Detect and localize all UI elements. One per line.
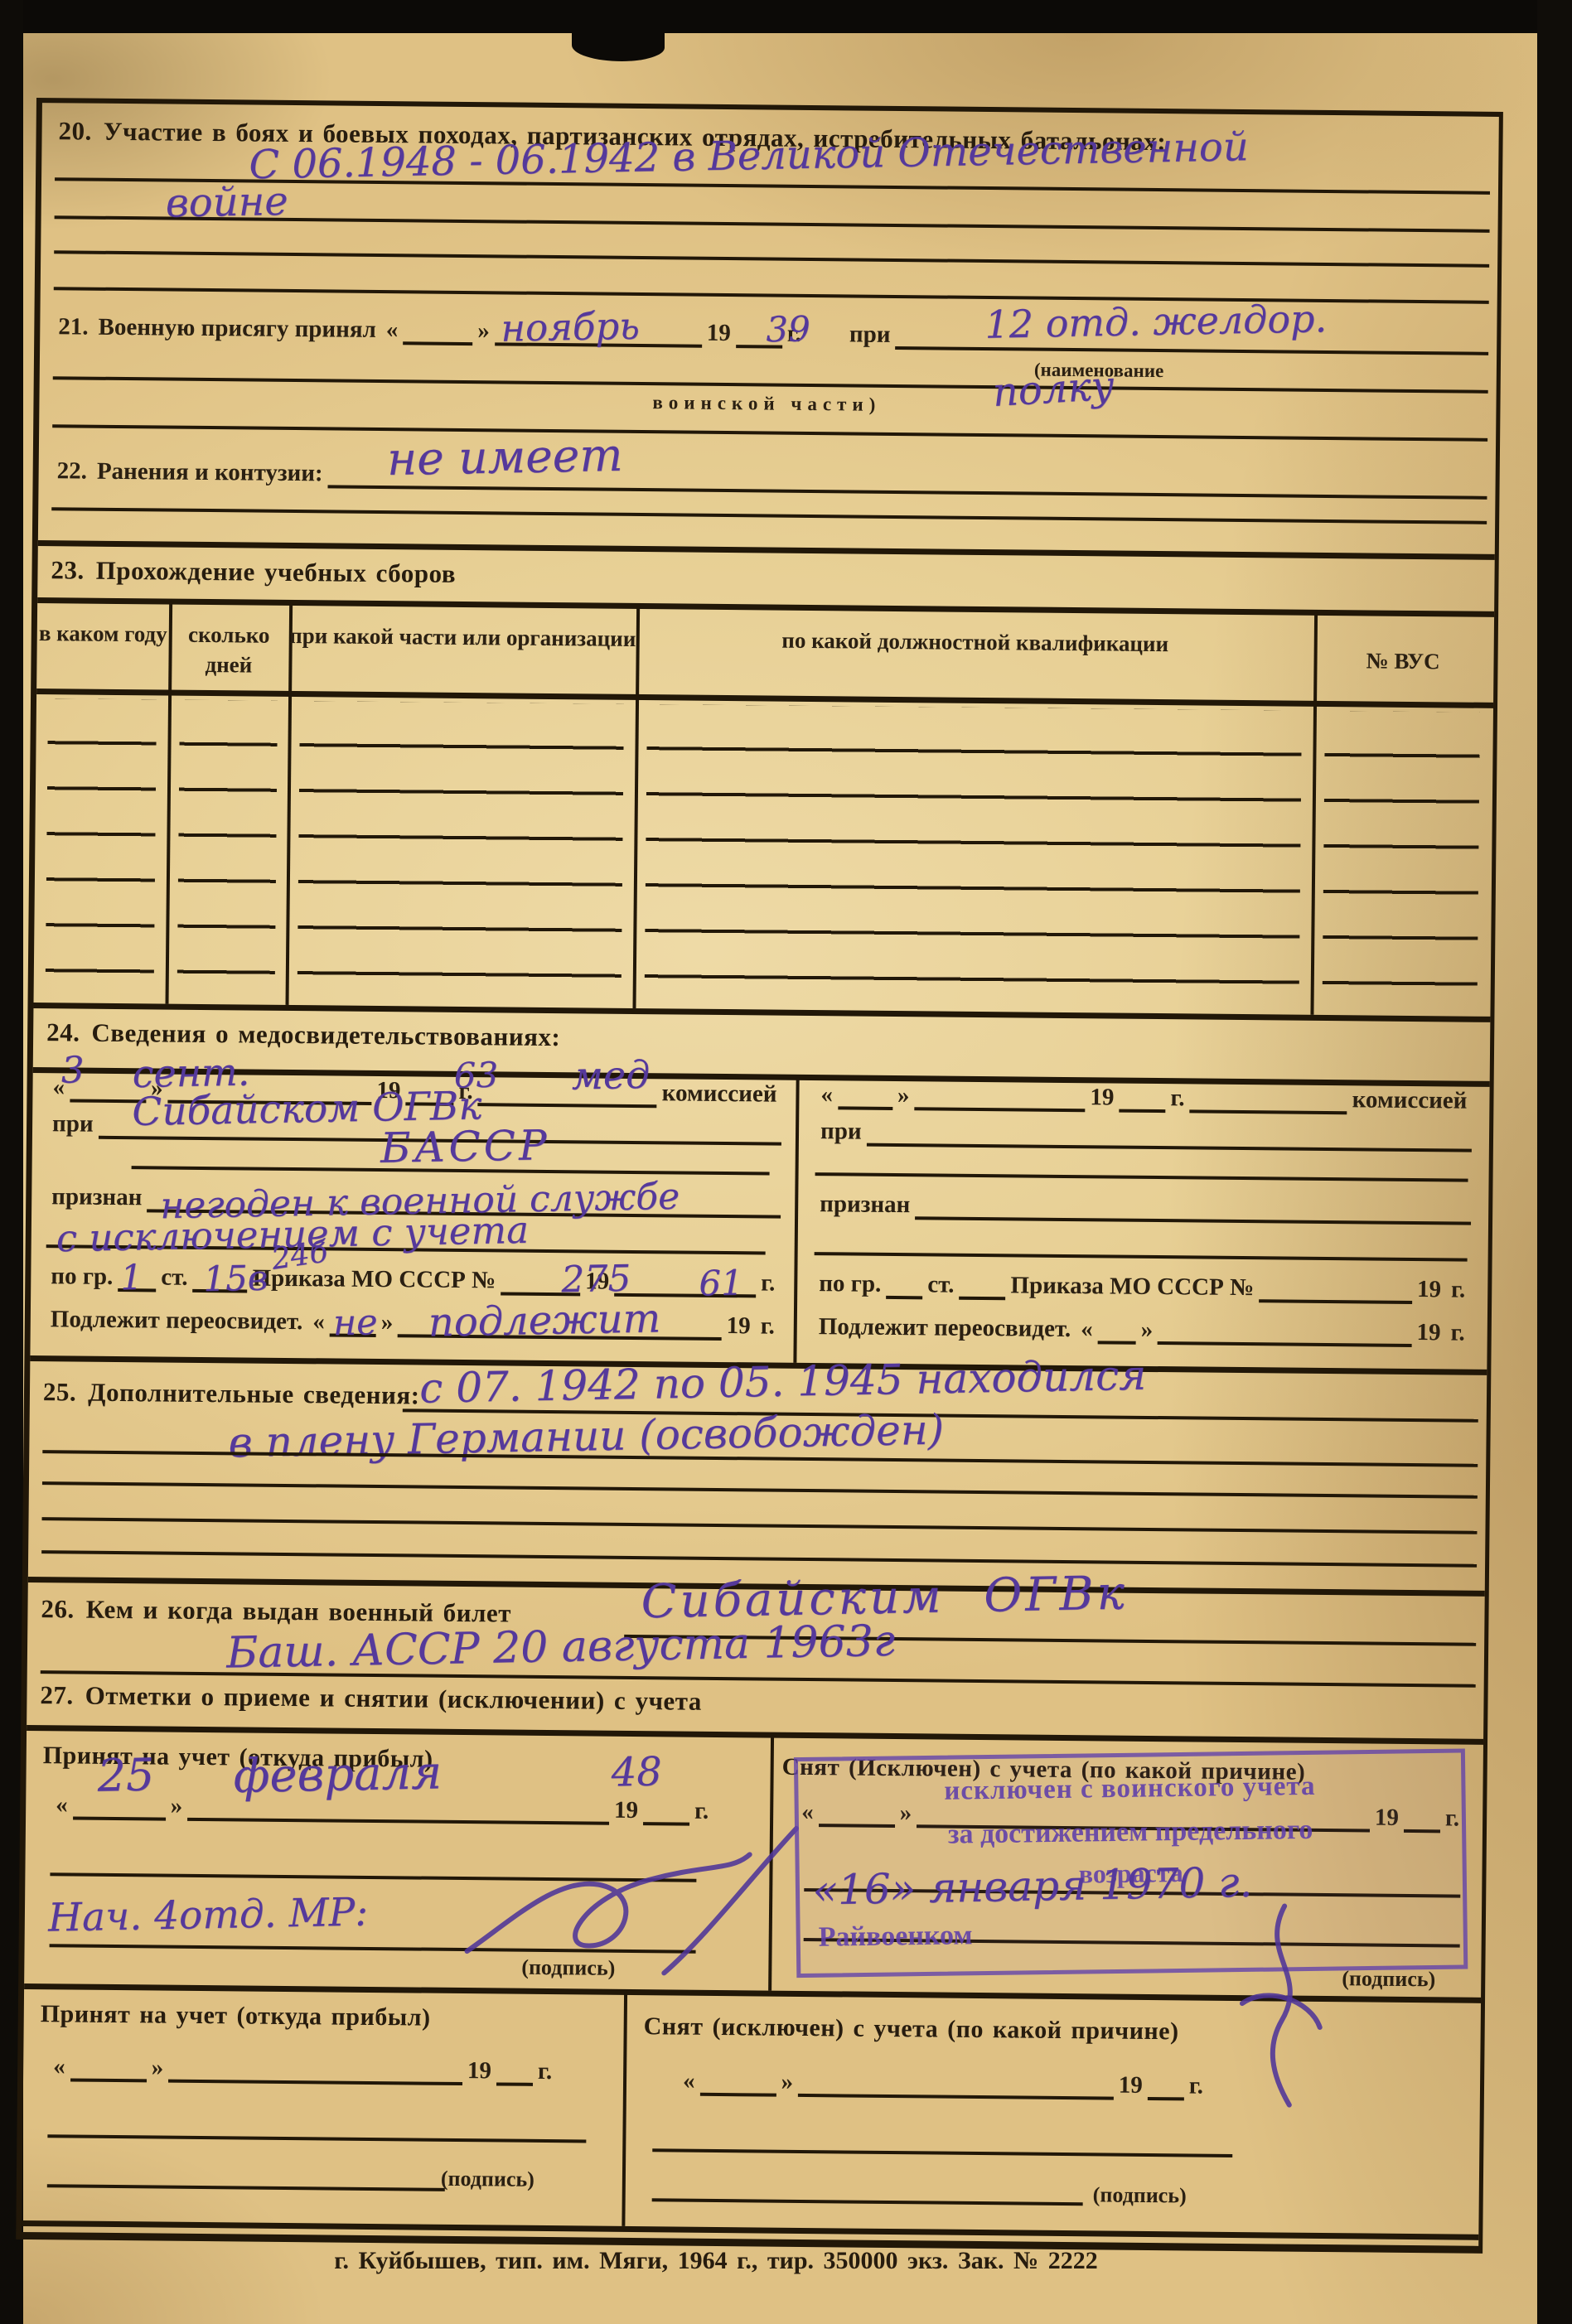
year-suffix: г. bbox=[1184, 2074, 1208, 2100]
quote-open: « bbox=[51, 1793, 73, 1819]
quote-close: » bbox=[147, 2056, 169, 2082]
accept-cell2-label: Принят на учет (откуда прибыл) bbox=[41, 2000, 431, 2032]
fill-gr bbox=[886, 1268, 922, 1299]
handwriting-st: 15в bbox=[203, 1258, 268, 1299]
fill-day bbox=[403, 310, 472, 345]
handwriting-official-title: Нач. 4отд. МР: bbox=[47, 1890, 368, 1941]
year-prefix: 19 bbox=[462, 2059, 496, 2085]
year-suffix: г. bbox=[1445, 1321, 1469, 1347]
section21-label: Военную присягу принял bbox=[93, 316, 381, 345]
accept2-date-line: « » 19 г. bbox=[48, 2048, 557, 2086]
handwriting-med-commission: мед bbox=[571, 1052, 650, 1099]
registration-cells-divider-2 bbox=[622, 1994, 627, 2226]
section24-title: 24.Сведения о медосвидетельствованиях: bbox=[46, 1017, 561, 1052]
medical-left-order-line: по гр. ст. Приказа МО СССР № 19 г. bbox=[46, 1259, 780, 1298]
print-imprint: г. Куйбышев, тип. им. Мяги, 1964 г., тир… bbox=[36, 2247, 1395, 2275]
quote-open: « bbox=[381, 318, 404, 345]
table-header-days: сколько дней bbox=[168, 620, 289, 681]
rule bbox=[54, 250, 1489, 268]
section-divider-heavy bbox=[27, 1725, 1483, 1745]
section25-number: 25. bbox=[43, 1377, 77, 1406]
quote-open: « bbox=[48, 2055, 70, 2081]
section27-number: 27. bbox=[40, 1680, 74, 1709]
section23-label: Прохождение учебных сборов bbox=[96, 556, 457, 588]
year-suffix: г. bbox=[533, 2060, 557, 2086]
handwriting-accept-year: 48 bbox=[611, 1748, 662, 1795]
year-suffix: г. bbox=[1446, 1278, 1470, 1304]
pri-label: при bbox=[47, 1112, 99, 1139]
table-body-rules-col2 bbox=[177, 700, 278, 978]
quote-open: « bbox=[1076, 1317, 1098, 1344]
medical-left-reexam-line: Подлежит переосвидет. « » 19 г. bbox=[46, 1302, 780, 1341]
handwriting-unit-name: 12 отд. желдор. bbox=[984, 296, 1328, 347]
handwriting-reexam-ne: не bbox=[332, 1302, 378, 1344]
fill-reexam bbox=[1158, 1313, 1412, 1347]
year-prefix: 19 bbox=[721, 1314, 755, 1341]
handwriting-med-org-2: БАССР bbox=[380, 1121, 550, 1172]
stamp-line-1: исключен с воинского учета bbox=[798, 1770, 1461, 1809]
handwriting-accept-day: 25 bbox=[97, 1749, 155, 1802]
year-prefix: 19 bbox=[1085, 1085, 1119, 1112]
section24-number: 24. bbox=[46, 1017, 80, 1046]
medical-right-priznan-line: признан bbox=[815, 1189, 1471, 1225]
quote-close: » bbox=[166, 1795, 188, 1821]
handwriting-gr: 1 bbox=[120, 1257, 143, 1297]
pereosvid-label: Подлежит переосвидет. bbox=[46, 1307, 308, 1336]
section27-title: 27.Отметки о приеме и снятии (исключении… bbox=[40, 1680, 702, 1717]
fill-st bbox=[959, 1268, 1005, 1301]
rule bbox=[42, 1517, 1478, 1534]
table-header-qualification: по какой должностной квалификации bbox=[636, 624, 1314, 660]
rule bbox=[52, 424, 1487, 442]
handwriting-order-year: 61 bbox=[699, 1263, 743, 1304]
year-prefix: 19 bbox=[1114, 2074, 1148, 2100]
priznan-label: признан bbox=[46, 1185, 147, 1212]
fill-commission bbox=[1189, 1083, 1347, 1114]
year-prefix: 19 bbox=[1412, 1278, 1446, 1304]
handwriting-combat-period-2: войне bbox=[165, 178, 288, 227]
handwriting-accept-month: февраля bbox=[233, 1746, 443, 1804]
rule bbox=[652, 2148, 1232, 2157]
quote-open: « bbox=[307, 1310, 330, 1336]
section25-title: 25.Дополнительные сведения: bbox=[43, 1377, 420, 1410]
section22-number: 22. bbox=[52, 459, 93, 486]
medical-right-pri-line: при bbox=[815, 1118, 1472, 1152]
handwriting-order-number: 275 bbox=[561, 1258, 631, 1302]
fill-verdict bbox=[915, 1190, 1471, 1225]
rule bbox=[47, 2134, 586, 2143]
pri-label: при bbox=[844, 322, 896, 350]
section23-number: 23. bbox=[51, 555, 85, 584]
spacer bbox=[806, 314, 844, 349]
quote-close: » bbox=[776, 2070, 798, 2097]
podpis-caption: (подпись) bbox=[1093, 2182, 1187, 2208]
quote-close: » bbox=[376, 1311, 399, 1337]
section23-title: 23.Прохождение учебных сборов bbox=[51, 555, 456, 589]
priznan-label: признан bbox=[815, 1192, 915, 1220]
quote-open: « bbox=[815, 1083, 838, 1109]
table-body-rules-col4 bbox=[645, 704, 1302, 988]
year-prefix: 19 bbox=[702, 321, 736, 348]
fill-day bbox=[70, 2049, 147, 2083]
stamp-line-2: за достижением предельного bbox=[799, 1813, 1462, 1853]
podpis-caption: (подпись) bbox=[441, 2167, 534, 2192]
rule bbox=[41, 1550, 1477, 1568]
section26-label: Кем и когда выдан военный билет bbox=[86, 1595, 512, 1628]
fill-month bbox=[798, 2064, 1114, 2100]
section26-number: 26. bbox=[41, 1594, 75, 1623]
fill-month bbox=[914, 1080, 1085, 1112]
fill-org bbox=[866, 1119, 1472, 1152]
handwriting-oath-month: ноябрь bbox=[501, 304, 640, 350]
section20-number: 20. bbox=[58, 116, 92, 145]
section25-label: Дополнительные сведения: bbox=[88, 1378, 420, 1410]
medical-right-order-line: по гр. ст. Приказа МО СССР № 19 г. bbox=[814, 1267, 1470, 1305]
section21-number: 21. bbox=[53, 315, 94, 341]
stamp-line-rayvoenkom: Райвоенком bbox=[819, 1920, 973, 1953]
handwriting-no-wounds: не имеет bbox=[386, 428, 623, 486]
section27-label: Отметки о приеме и снятии (исключении) с… bbox=[85, 1681, 702, 1716]
handwriting-oath-year: 39 bbox=[766, 308, 810, 350]
pereosvid-label: Подлежит переосвидет. bbox=[814, 1315, 1076, 1344]
fill-year bbox=[1148, 2067, 1184, 2100]
rule bbox=[47, 2184, 445, 2191]
year-suffix: г. bbox=[755, 1314, 779, 1341]
table-top-border bbox=[37, 597, 1494, 617]
table-header-unit: при какой части или организации bbox=[289, 621, 636, 654]
medical-right-date-line: « » 19 г. комиссией bbox=[815, 1080, 1472, 1116]
scanned-military-card-page: { "common": {"q_open":"«", "q_close":"»"… bbox=[0, 0, 1572, 2324]
year-suffix: г. bbox=[1165, 1086, 1189, 1113]
st-label: ст. bbox=[922, 1273, 959, 1299]
signature-removal bbox=[1216, 1896, 1342, 2112]
fill-day bbox=[699, 2063, 776, 2097]
table-header-year: в каком году bbox=[37, 618, 169, 650]
fill-reexam-day bbox=[1098, 1312, 1136, 1344]
scan-dark-edge-right bbox=[1537, 0, 1572, 2324]
st-label: ст. bbox=[156, 1265, 192, 1292]
table-body-rules-col3 bbox=[297, 701, 624, 981]
quote-close: » bbox=[1136, 1318, 1158, 1345]
table-header-vus: № ВУС bbox=[1313, 645, 1492, 677]
rule bbox=[53, 376, 1488, 394]
bottom-double-border bbox=[22, 2220, 1478, 2240]
rule bbox=[815, 1172, 1468, 1182]
commission-label: комиссией bbox=[657, 1081, 782, 1109]
fill-month bbox=[168, 2050, 462, 2085]
caption-voinskoy-chasti: воинской части) bbox=[652, 392, 881, 416]
prikaz-label: Приказа МО СССР № bbox=[1005, 1273, 1259, 1302]
remove-cell2-label: Снят (исключен) с учета (по какой причин… bbox=[644, 2012, 1179, 2046]
remove2-date-line: « » 19 г. bbox=[678, 2063, 1208, 2101]
section22-label: Ранения и контузии: bbox=[92, 460, 328, 489]
medical-columns-divider bbox=[793, 1078, 799, 1363]
form-border-frame: 20.Участие в боях и боевых походах, парт… bbox=[16, 98, 1503, 2254]
handwriting-reexam-podlezhit: подлежит bbox=[428, 1295, 660, 1346]
fill-year bbox=[1119, 1083, 1165, 1114]
rule bbox=[42, 1481, 1478, 1499]
handwriting-unit-name-2: полку bbox=[991, 362, 1115, 416]
quote-close: » bbox=[892, 1084, 915, 1110]
rule bbox=[51, 507, 1487, 524]
fill-order-no bbox=[1259, 1271, 1412, 1304]
section26-title: 26.Кем и когда выдан военный билет bbox=[41, 1594, 511, 1628]
section22-line: 22. Ранения и контузии: bbox=[52, 446, 1487, 500]
year-suffix: г. bbox=[756, 1271, 780, 1297]
signature-accept bbox=[455, 1817, 813, 1978]
table-body-rules-col5 bbox=[1323, 711, 1480, 989]
table-column-line bbox=[632, 606, 640, 1008]
quote-open: « bbox=[678, 2070, 700, 2096]
rule bbox=[652, 2198, 1083, 2206]
medical-right-reexam-line: Подлежит переосвидет. « » 19 г. bbox=[814, 1310, 1470, 1348]
scan-dark-edge-top bbox=[0, 0, 1572, 33]
table-body-rules-col1 bbox=[46, 698, 157, 976]
pri-label: при bbox=[815, 1119, 867, 1147]
handwriting-med-day: 3 bbox=[60, 1049, 85, 1092]
handwriting-removal-date: «16» января 1970 г. bbox=[812, 1858, 1253, 1915]
section24-label: Сведения о медосвидетельствованиях: bbox=[91, 1018, 560, 1051]
po-gr-label: по гр. bbox=[814, 1272, 886, 1299]
year-prefix: 19 bbox=[1411, 1321, 1445, 1347]
fill-year bbox=[496, 2052, 533, 2085]
po-gr-label: по гр. bbox=[46, 1264, 118, 1292]
commission-label: комиссией bbox=[1347, 1088, 1473, 1115]
fill-day bbox=[838, 1080, 892, 1110]
rule bbox=[815, 1252, 1468, 1262]
quote-close: » bbox=[472, 319, 495, 345]
